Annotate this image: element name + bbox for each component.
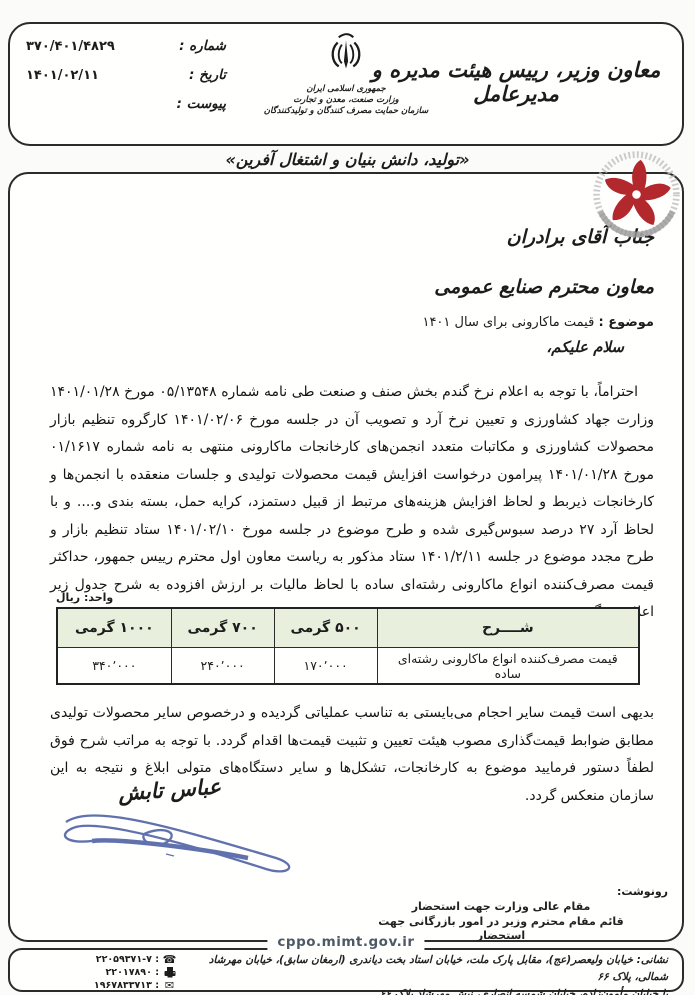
cell-description: قیمت مصرف‌کننده انواع ماکارونی رشته‌ای س… <box>377 648 639 685</box>
date-field: تاریخ : ۱۴۰۱/۰۲/۱۱ <box>26 67 226 83</box>
date-label: تاریخ : <box>162 67 226 83</box>
org-logo-icon <box>589 147 684 242</box>
col-header-700g: ۷۰۰ گرمی <box>171 608 274 648</box>
fax-row: ۲۲۰۱۷۸۹۰ : <box>26 966 176 978</box>
col-header-1000g: ۱۰۰۰ گرمی <box>57 608 171 648</box>
footer-contacts: ۲۲۰۵۹۳۷۱-۷ : ☎ ۲۲۰۱۷۸۹۰ : ۱۹۶۷۸۳۳۷۱۳ : ✉ <box>26 952 176 991</box>
col-header-500g: ۵۰۰ گرمی <box>274 608 377 648</box>
cell-price-500g: ۱۷۰٬۰۰۰ <box>274 648 377 685</box>
price-table: شــــرح ۵۰۰ گرمی ۷۰۰ گرمی ۱۰۰۰ گرمی قیمت… <box>56 607 640 685</box>
fax-icon <box>163 967 176 978</box>
address-line-2: یا خیابان مأمون‌زاده، خیابان شمسه انصاری… <box>190 986 668 995</box>
cc-heading: رونوشت: <box>617 885 668 898</box>
postal-row: ۱۹۶۷۸۳۳۷۱۳ : ✉ <box>26 979 176 991</box>
iran-emblem-icon <box>325 65 367 84</box>
subject-text: قیمت ماکارونی برای سال ۱۴۰۱ <box>422 315 594 330</box>
cell-price-700g: ۲۴۰٬۰۰۰ <box>171 648 274 685</box>
phone-icon: ☎ <box>163 954 176 965</box>
address-line-1: نشانی: خیابان ولیعصر(عج)، مقابل پارک ملت… <box>190 952 668 986</box>
org-name-line2: وزارت صنعت، معدن و تجارت <box>231 95 461 106</box>
price-table-data-row: قیمت مصرف‌کننده انواع ماکارونی رشته‌ای س… <box>57 648 639 685</box>
table-unit-note: واحد: ریال <box>56 591 113 604</box>
subject-label: موضوع : <box>598 315 654 330</box>
letterhead-fields: شماره : ۳۷۰/۴۰۱/۴۸۲۹ تاریخ : ۱۴۰۱/۰۲/۱۱ … <box>26 38 226 125</box>
body-paragraph-1: احتراماً، با توجه به اعلام نرخ گندم بخش … <box>50 379 654 627</box>
org-name-line3: سازمان حمایت مصرف کنندگان و تولیدکنندگان <box>231 106 461 117</box>
salutation: سلام علیکم، <box>546 338 624 356</box>
org-name-line1: جمهوری اسلامی ایران <box>231 84 461 95</box>
signature-icon <box>48 796 313 878</box>
fax-number: ۲۲۰۱۷۸۹۰ : <box>106 967 160 978</box>
attachment-label: پیوست : <box>162 96 226 112</box>
number-label: شماره : <box>162 38 226 54</box>
attachment-field: پیوست : <box>26 96 226 112</box>
price-table-header-row: شــــرح ۵۰۰ گرمی ۷۰۰ گرمی ۱۰۰۰ گرمی <box>57 608 639 648</box>
letter-body-box: جناب آقای برادران معاون محترم صنایع عموم… <box>8 172 684 942</box>
letterhead-box: معاون وزیر، رییس هیئت مدیره و مدیرعامل ج… <box>8 22 684 146</box>
number-field: شماره : ۳۷۰/۴۰۱/۴۸۲۹ <box>26 38 226 54</box>
cc-item-1: مقام عالی وزارت جهت استحضار <box>356 900 646 915</box>
footer-address: نشانی: خیابان ولیعصر(عج)، مقابل پارک ملت… <box>190 952 668 995</box>
col-header-description: شــــرح <box>377 608 639 648</box>
letterhead-center: جمهوری اسلامی ایران وزارت صنعت، معدن و ت… <box>231 30 461 117</box>
website-url: cppo.mimt.gov.ir <box>267 934 424 950</box>
phone-number: ۲۲۰۵۹۳۷۱-۷ : <box>96 954 159 965</box>
postal-code: ۱۹۶۷۸۳۳۷۱۳ : <box>94 980 159 991</box>
date-value: ۱۴۰۱/۰۲/۱۱ <box>26 68 162 83</box>
subject-line: موضوع : قیمت ماکارونی برای سال ۱۴۰۱ <box>422 315 654 330</box>
cell-price-1000g: ۳۴۰٬۰۰۰ <box>57 648 171 685</box>
mail-icon: ✉ <box>163 980 176 991</box>
recipient-title: معاون محترم صنایع عمومی <box>434 276 654 298</box>
number-value: ۳۷۰/۴۰۱/۴۸۲۹ <box>26 39 162 54</box>
footer-box: ۲۲۰۵۹۳۷۱-۷ : ☎ ۲۲۰۱۷۸۹۰ : ۱۹۶۷۸۳۳۷۱۳ : ✉… <box>8 948 684 992</box>
scanned-letter-page: معاون وزیر، رییس هیئت مدیره و مدیرعامل ج… <box>0 0 695 995</box>
phone-row: ۲۲۰۵۹۳۷۱-۷ : ☎ <box>26 953 176 965</box>
